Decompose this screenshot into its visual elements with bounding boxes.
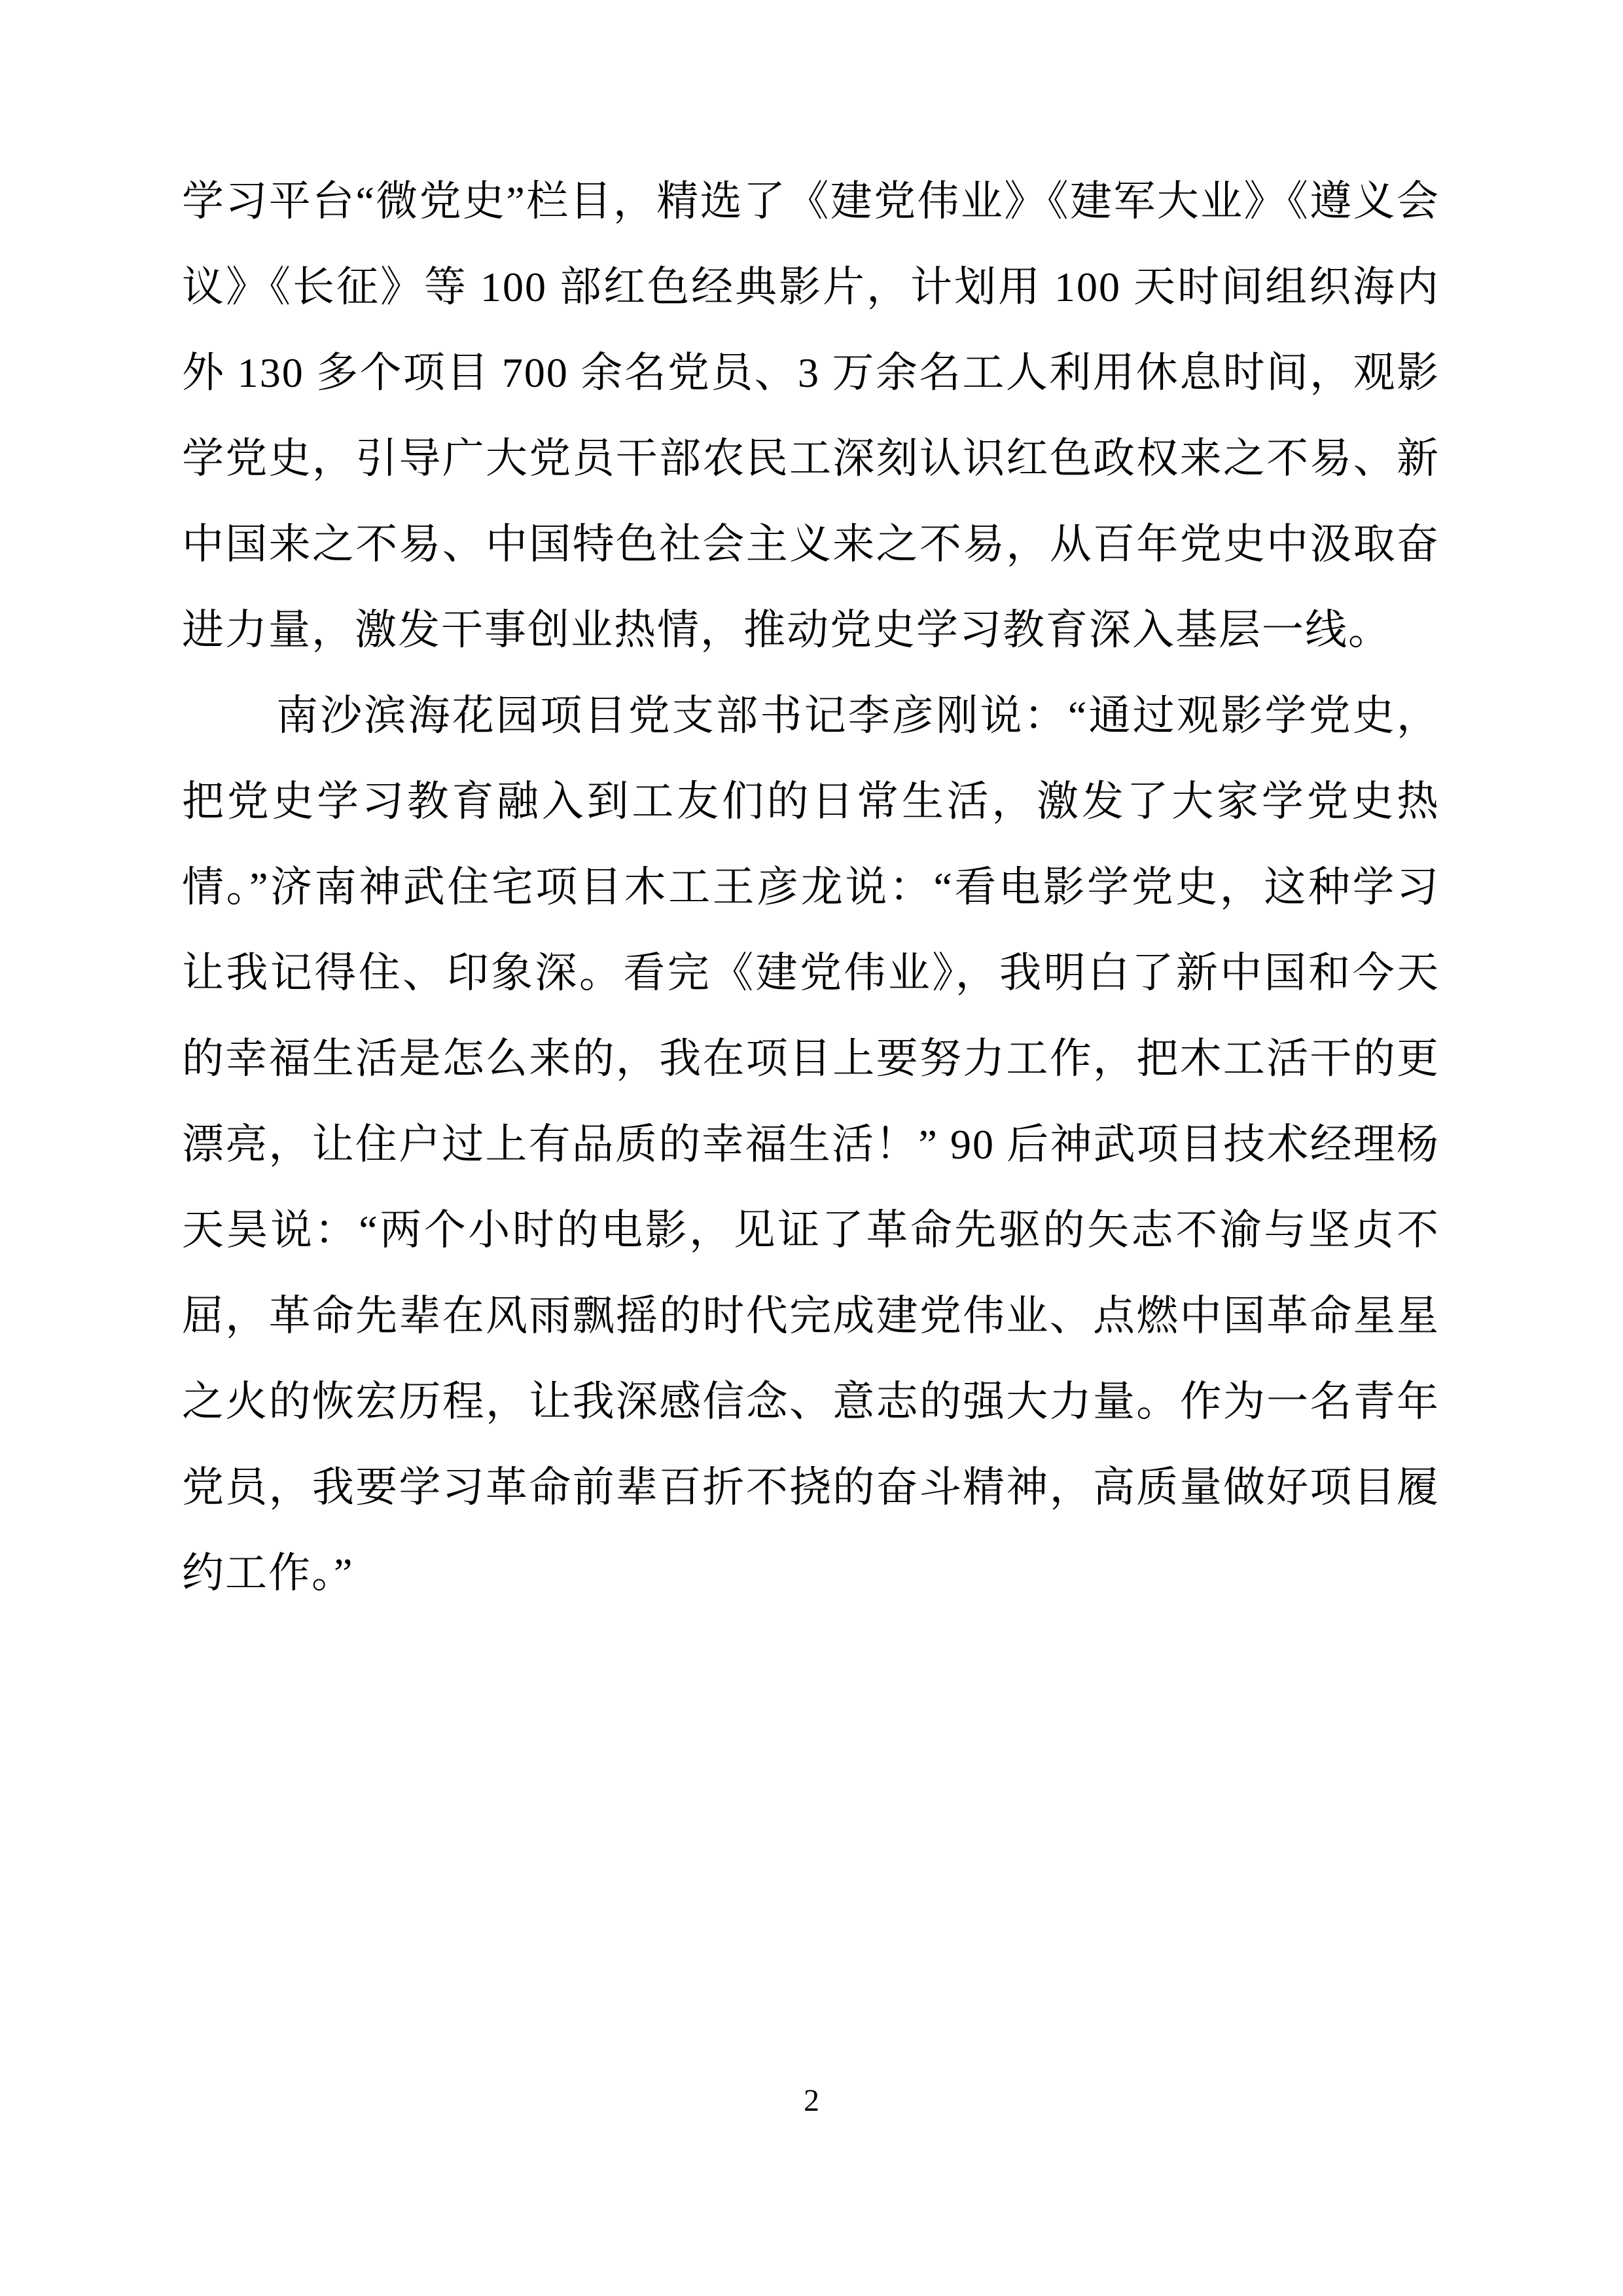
paragraph-continuation: 学习平台“微党史”栏目，精选了《建党伟业》《建军大业》《遵义会议》《长征》等 1… — [182, 158, 1440, 673]
document-page: 学习平台“微党史”栏目，精选了《建党伟业》《建军大业》《遵义会议》《长征》等 1… — [0, 0, 1623, 2296]
page-footer: 2 — [0, 2085, 1623, 2117]
page-number: 2 — [804, 2083, 819, 2118]
document-body: 学习平台“微党史”栏目，精选了《建党伟业》《建军大业》《遵义会议》《长征》等 1… — [182, 158, 1440, 1616]
paragraph-quotes: 南沙滨海花园项目党支部书记李彦刚说：“通过观影学党史，把党史学习教育融入到工友们… — [182, 673, 1440, 1616]
